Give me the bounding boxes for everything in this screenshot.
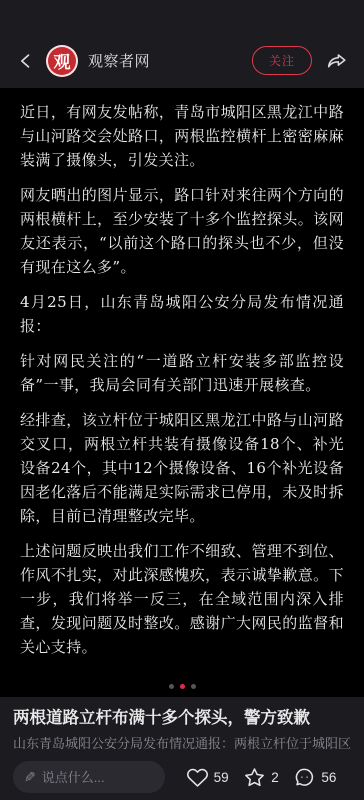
like-button[interactable]: 59: [186, 766, 229, 789]
pagination-dot: [169, 684, 174, 689]
pagination-dot-active: [180, 684, 185, 689]
article-paragraph: 针对网民关注的“一道路立杆安装多部监控设备”一事，我局会同有关部门迅速开展核查。: [20, 349, 344, 397]
follow-button[interactable]: 关注: [252, 46, 312, 75]
favorite-count: 2: [271, 770, 279, 785]
article-paragraph: 上述问题反映出我们工作不细致、管理不到位、作风不扎实，对此深感愧疚，表示诚挚歉意…: [20, 539, 344, 659]
bottom-panel: 两根道路立杆布满十多个探头，警方致歉 山东青岛城阳公安分局发布情况通报：两根立杆…: [0, 697, 364, 800]
guancha-logo[interactable]: 观: [46, 45, 78, 77]
page-indicator: [0, 684, 364, 689]
like-count: 59: [214, 770, 229, 785]
chat-bubble-icon: [293, 766, 316, 789]
article-paragraph: 网友晒出的图片显示，路口针对来往两个方向的两根横杆上，至少安装了十多个监控探头。…: [20, 183, 344, 279]
comment-button[interactable]: 56: [293, 766, 336, 789]
heart-outline-icon: [186, 766, 209, 789]
comment-input[interactable]: [42, 770, 154, 785]
article-header: 观 观察者网 关注: [0, 33, 364, 88]
publisher-name[interactable]: 观察者网: [88, 50, 252, 71]
share-button[interactable]: [324, 48, 350, 74]
pencil-icon: ✎: [24, 770, 36, 784]
app-screen: 观 观察者网 关注 近日，有网友发帖称，青岛市城阳区黑龙江中路与山河路交会处路口…: [0, 0, 364, 800]
article-paragraph: 近日，有网友发帖称，青岛市城阳区黑龙江中路与山河路交会处路口，两根监控横杆上密密…: [20, 100, 344, 172]
article-paragraph: 4月25日，山东青岛城阳公安分局发布情况通报：: [20, 290, 344, 338]
pagination-dot: [191, 684, 196, 689]
back-button[interactable]: [14, 49, 38, 73]
article-paragraph: 经排查，该立杆位于城阳区黑龙江中路与山河路交叉口，两根立杆共装有摄像设备18个、…: [20, 408, 344, 528]
favorite-button[interactable]: 2: [243, 766, 279, 789]
engagement-actions: 59 2 56: [171, 766, 351, 789]
action-bar: ✎ 59 2: [13, 761, 351, 793]
comment-count: 56: [321, 770, 336, 785]
chevron-left-icon: [16, 51, 36, 71]
headline-subtitle[interactable]: 山东青岛城阳公安分局发布情况通报：两根立杆位于城阳区: [13, 736, 351, 752]
comment-input-pill[interactable]: ✎: [13, 761, 165, 793]
forward-arrow-icon: [326, 50, 348, 72]
headline-title[interactable]: 两根道路立杆布满十多个探头，警方致歉: [13, 707, 351, 729]
article-body: 近日，有网友发帖称，青岛市城阳区黑龙江中路与山河路交会处路口，两根监控横杆上密密…: [0, 88, 364, 659]
status-and-header-bar: 观 观察者网 关注: [0, 0, 364, 88]
star-outline-icon: [243, 766, 266, 789]
